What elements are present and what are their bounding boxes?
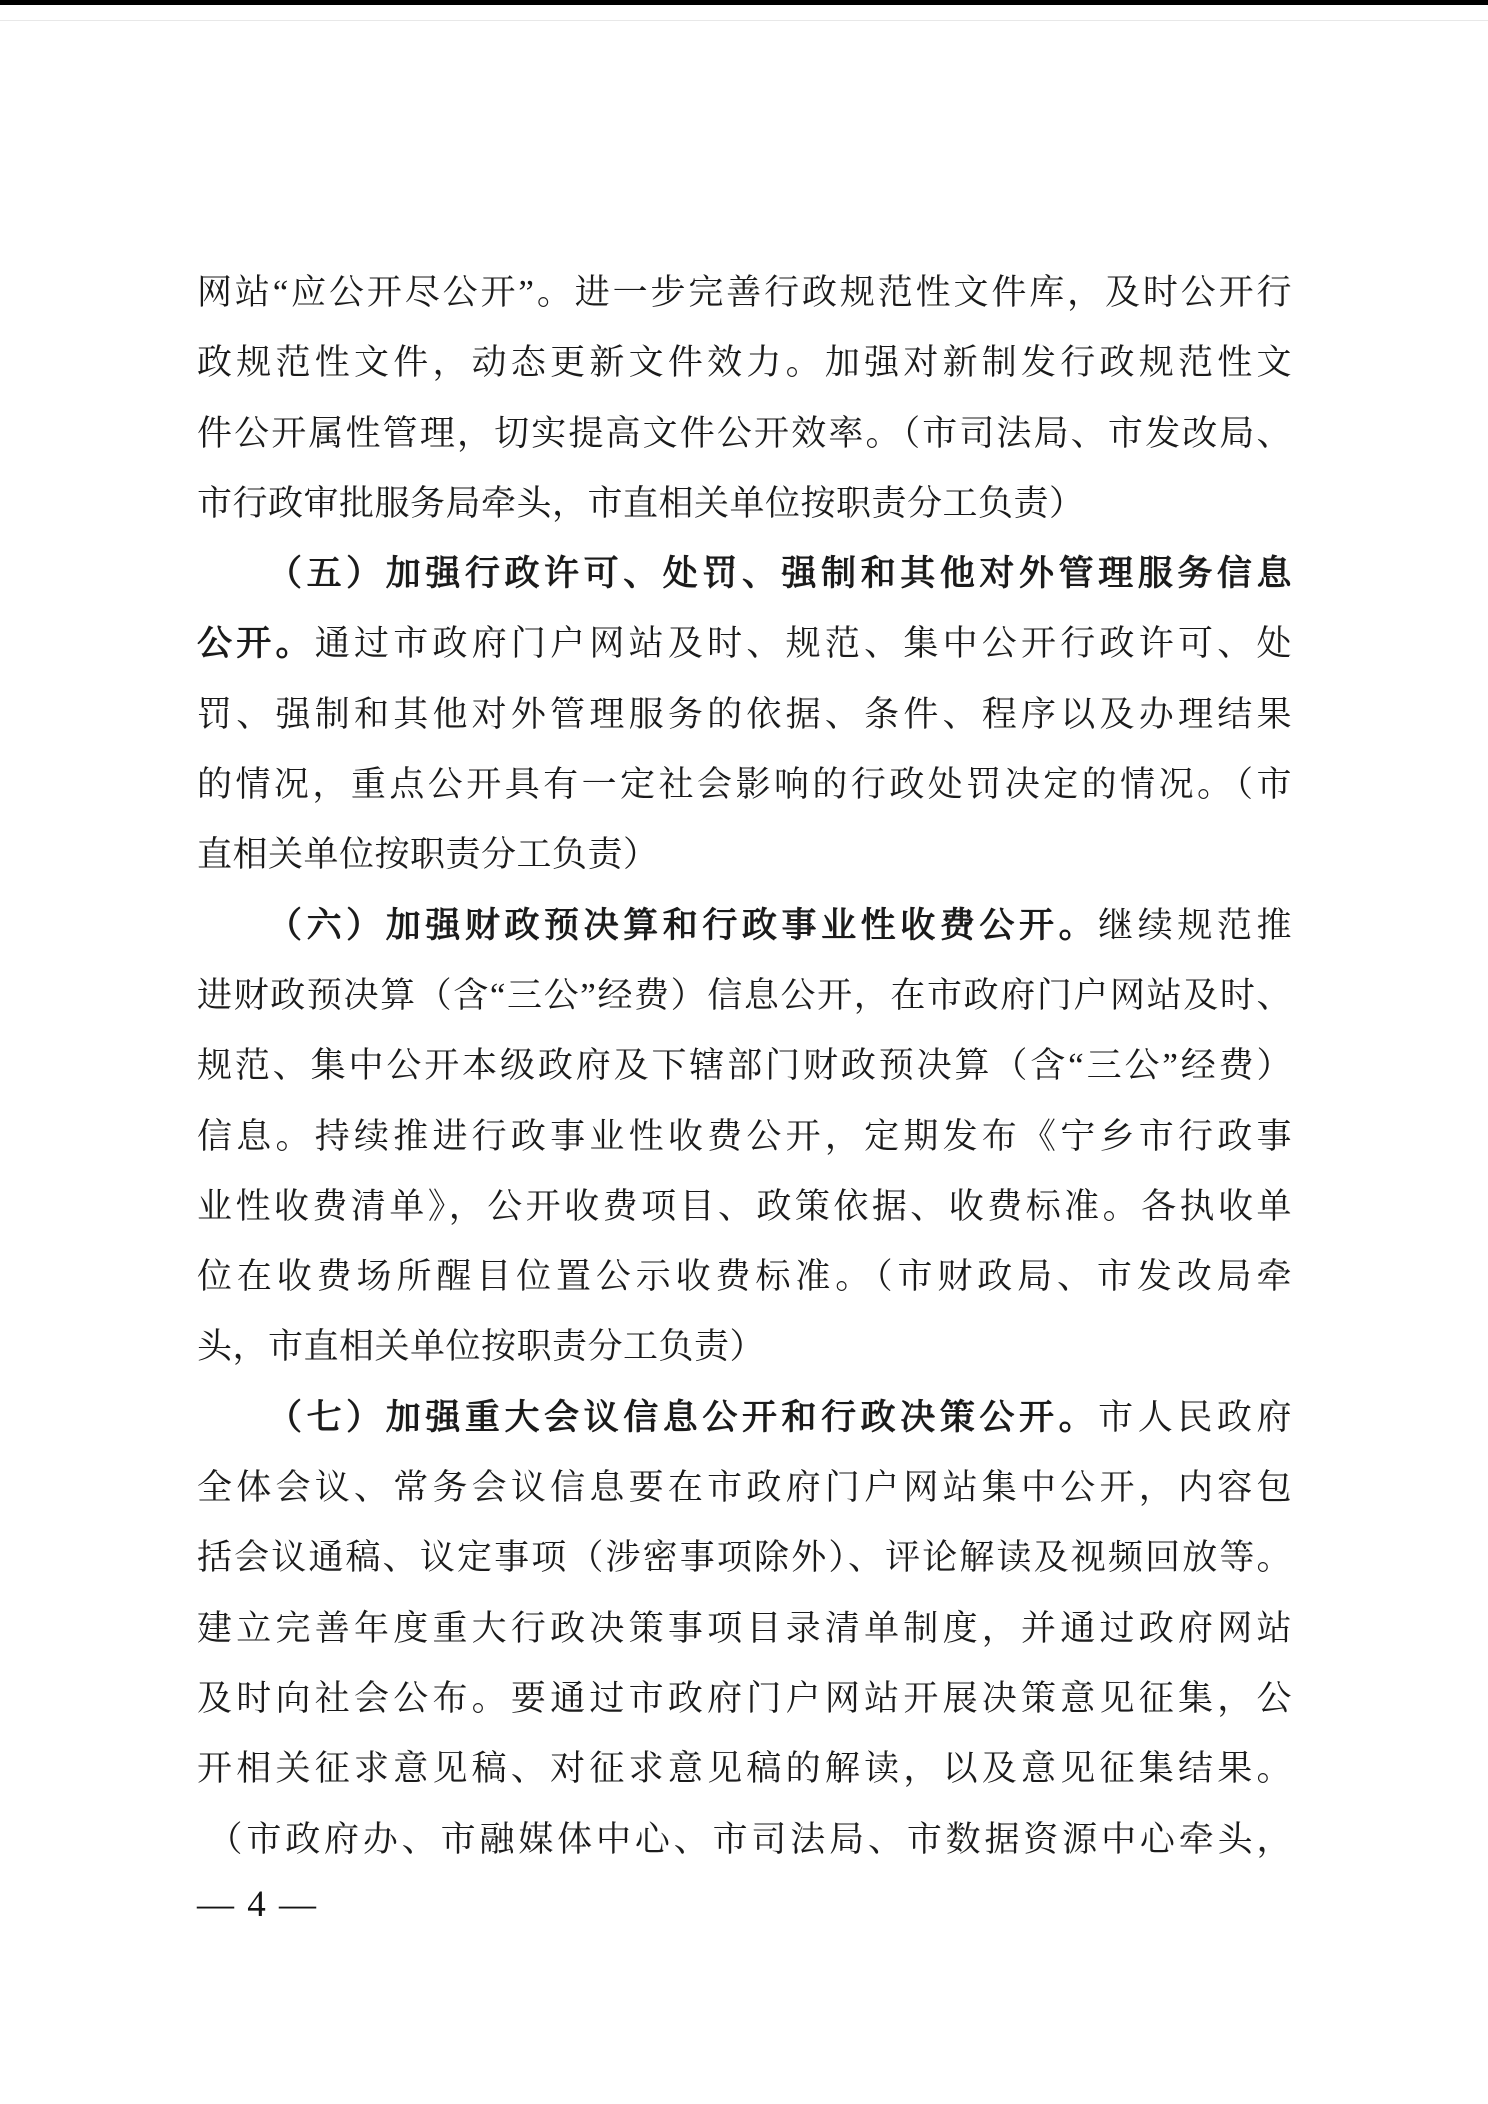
document-line: （七）加强重大会议信息公开和行政决策公开。市人民政府 (197, 1383, 1292, 1453)
document-line: 位在收费场所醒目位置公示收费标准。（市财政局、市发改局牵 (197, 1242, 1292, 1312)
text-segment: 进财政预决算（含“三公”经费）信息公开，在市政府门户网站及时、 (197, 976, 1292, 1015)
text-segment: 头，市直相关单位按职责分工负责） (197, 1327, 765, 1366)
document-line: 业性收费清单》，公开收费项目、政策依据、收费标准。各执收单 (197, 1172, 1292, 1242)
text-segment: 继续规范推 (1098, 906, 1292, 945)
document-line: 及时向社会公布。要通过市政府门户网站开展决策意见征集，公 (197, 1664, 1292, 1734)
document-line: 公开。通过市政府门户网站及时、规范、集中公开行政许可、处 (197, 609, 1292, 679)
document-line: 全体会议、常务会议信息要在市政府门户网站集中公开，内容包 (197, 1453, 1292, 1523)
text-segment: 及时向社会公布。要通过市政府门户网站开展决策意见征集，公 (197, 1679, 1292, 1718)
text-segment: 括会议通稿、议定事项（涉密事项除外）、评论解读及视频回放等。 (197, 1538, 1292, 1577)
text-segment: 位在收费场所醒目位置公示收费标准。（市财政局、市发改局牵 (197, 1257, 1292, 1296)
document-line: （市政府办、市融媒体中心、市司法局、市数据资源中心牵头， (197, 1805, 1292, 1875)
text-segment: 罚、强制和其他对外管理服务的依据、条件、程序以及办理结果 (197, 695, 1292, 734)
document-line: 建立完善年度重大行政决策事项目录清单制度，并通过政府网站 (197, 1594, 1292, 1664)
document-line: 进财政预决算（含“三公”经费）信息公开，在市政府门户网站及时、 (197, 961, 1292, 1031)
heading-segment: （五）加强行政许可、处罚、强制和其他对外管理服务信息 (267, 554, 1292, 593)
document-page: 网站“应公开尽公开”。进一步完善行政规范性文件库，及时公开行政规范性文件，动态更… (0, 0, 1488, 2104)
document-line: 网站“应公开尽公开”。进一步完善行政规范性文件库，及时公开行 (197, 258, 1292, 328)
document-line: 直相关单位按职责分工负责） (197, 820, 1292, 890)
heading-segment: 公开。 (197, 624, 315, 663)
document-body: 网站“应公开尽公开”。进一步完善行政规范性文件库，及时公开行政规范性文件，动态更… (197, 258, 1292, 1875)
text-segment: （市政府办、市融媒体中心、市司法局、市数据资源中心牵头， (208, 1820, 1293, 1859)
text-segment: 政规范性文件，动态更新文件效力。加强对新制发行政规范性文 (197, 343, 1292, 382)
text-segment: 通过市政府门户网站及时、规范、集中公开行政许可、处 (315, 624, 1292, 663)
document-line: 罚、强制和其他对外管理服务的依据、条件、程序以及办理结果 (197, 680, 1292, 750)
document-line: 开相关征求意见稿、对征求意见稿的解读，以及意见征集结果。 (197, 1734, 1292, 1804)
heading-segment: （六）加强财政预决算和行政事业性收费公开。 (267, 906, 1098, 945)
document-line: 头，市直相关单位按职责分工负责） (197, 1312, 1292, 1382)
text-segment: 全体会议、常务会议信息要在市政府门户网站集中公开，内容包 (197, 1468, 1292, 1507)
text-segment: 规范、集中公开本级政府及下辖部门财政预决算（含“三公”经费） (197, 1046, 1292, 1085)
text-segment: 直相关单位按职责分工负责） (197, 835, 659, 874)
page-number: — 4 — (197, 1884, 318, 1926)
document-line: （六）加强财政预决算和行政事业性收费公开。继续规范推 (197, 891, 1292, 961)
text-segment: 建立完善年度重大行政决策事项目录清单制度，并通过政府网站 (197, 1609, 1292, 1648)
document-line: （五）加强行政许可、处罚、强制和其他对外管理服务信息 (197, 539, 1292, 609)
document-line: 政规范性文件，动态更新文件效力。加强对新制发行政规范性文 (197, 328, 1292, 398)
scan-edge-shadow (0, 20, 1488, 21)
document-line: 括会议通稿、议定事项（涉密事项除外）、评论解读及视频回放等。 (197, 1523, 1292, 1593)
scan-top-edge (0, 0, 1488, 5)
document-line: 规范、集中公开本级政府及下辖部门财政预决算（含“三公”经费） (197, 1031, 1292, 1101)
text-segment: 网站“应公开尽公开”。进一步完善行政规范性文件库，及时公开行 (197, 273, 1292, 312)
text-segment: 开相关征求意见稿、对征求意见稿的解读，以及意见征集结果。 (197, 1749, 1292, 1788)
document-line: 信息。持续推进行政事业性收费公开，定期发布《宁乡市行政事 (197, 1102, 1292, 1172)
text-segment: 市人民政府 (1098, 1398, 1292, 1437)
text-segment: 市行政审批服务局牵头，市直相关单位按职责分工负责） (197, 484, 1085, 523)
text-segment: 信息。持续推进行政事业性收费公开，定期发布《宁乡市行政事 (197, 1117, 1292, 1156)
document-line: 件公开属性管理，切实提高文件公开效率。（市司法局、市发改局、 (197, 399, 1292, 469)
document-line: 市行政审批服务局牵头，市直相关单位按职责分工负责） (197, 469, 1292, 539)
text-segment: 件公开属性管理，切实提高文件公开效率。（市司法局、市发改局、 (197, 414, 1292, 453)
heading-segment: （七）加强重大会议信息公开和行政决策公开。 (267, 1398, 1098, 1437)
text-segment: 业性收费清单》，公开收费项目、政策依据、收费标准。各执收单 (197, 1187, 1292, 1226)
document-line: 的情况，重点公开具有一定社会影响的行政处罚决定的情况。（市 (197, 750, 1292, 820)
text-segment: 的情况，重点公开具有一定社会影响的行政处罚决定的情况。（市 (197, 765, 1292, 804)
